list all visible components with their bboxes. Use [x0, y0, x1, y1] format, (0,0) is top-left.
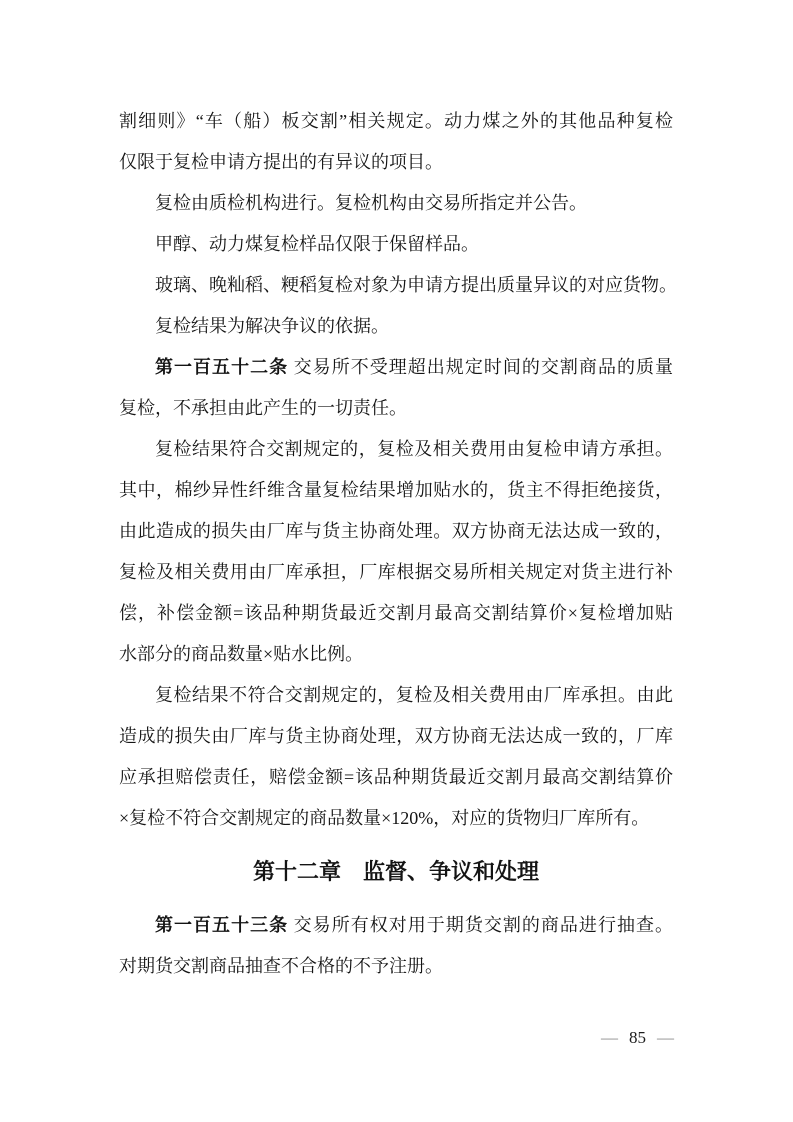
text-segment: 复检，不承担由此产生的一切责任。 — [119, 398, 407, 418]
text-segment: 仅限于复检申请方提出的有异议的项目。 — [119, 152, 443, 172]
text-line: 仅限于复检申请方提出的有异议的项目。 — [119, 142, 673, 183]
text-segment: 甲醇、动力煤复检样品仅限于保留样品。 — [155, 234, 479, 254]
text-line: 应承担赔偿责任，赔偿金额=该品种期货最近交割月最高交割结算价 — [119, 757, 673, 798]
text-segment: 造成的损失由厂库与货主协商处理，双方协商无法达成一致的，厂库 — [119, 726, 673, 746]
text-line: 复检结果不符合交割规定的，复检及相关费用由厂库承担。由此 — [119, 675, 673, 716]
text-segment: 玻璃、晚籼稻、粳稻复检对象为申请方提出质量异议的对应货物。 — [155, 275, 677, 295]
text-line: 其中，棉纱异性纤维含量复检结果增加贴水的，货主不得拒绝接货， — [119, 470, 673, 511]
text-segment: 复检及相关费用由厂库承担，厂库根据交易所相关规定对货主进行补 — [119, 562, 673, 582]
text-segment: 复检结果为解决争议的依据。 — [155, 316, 389, 336]
text-line: 甲醇、动力煤复检样品仅限于保留样品。 — [119, 224, 673, 265]
text-segment: 交易所有权对用于期货交割的商品进行抽查。 — [288, 915, 673, 935]
text-segment: 应承担赔偿责任，赔偿金额=该品种期货最近交割月最高交割结算价 — [119, 767, 673, 787]
page-number: 85 — [629, 1026, 646, 1050]
document-page: 割细则》“车（船）板交割”相关规定。动力煤之外的其他品种复检仅限于复检申请方提出… — [0, 0, 793, 1122]
text-line: 玻璃、晚籼稻、粳稻复检对象为申请方提出质量异议的对应货物。 — [119, 265, 673, 306]
text-segment: 复检结果不符合交割规定的，复检及相关费用由厂库承担。由此 — [155, 685, 673, 705]
text-line: ×复检不符合交割规定的商品数量×120%，对应的货物归厂库所有。 — [119, 798, 673, 839]
text-segment: 交易所不受理超出规定时间的交割商品的质量 — [288, 357, 673, 377]
text-segment: 对期货交割商品抽查不合格的不予注册。 — [119, 956, 443, 976]
footer-dash-left: — — [601, 1026, 618, 1050]
text-line: 复检结果为解决争议的依据。 — [119, 306, 673, 347]
text-line: 造成的损失由厂库与货主协商处理，双方协商无法达成一致的，厂库 — [119, 716, 673, 757]
text-line: 割细则》“车（船）板交割”相关规定。动力煤之外的其他品种复检 — [119, 101, 673, 142]
text-segment: 割细则》“车（船）板交割”相关规定。动力煤之外的其他品种复检 — [119, 111, 673, 131]
text-line: 复检，不承担由此产生的一切责任。 — [119, 388, 673, 429]
article-number: 第一百五十三条 — [155, 915, 288, 935]
text-segment: ×复检不符合交割规定的商品数量×120%，对应的货物归厂库所有。 — [119, 808, 649, 828]
chapter-heading: 第十二章 监督、争议和处理 — [119, 839, 673, 905]
article-number: 第一百五十二条 — [155, 357, 288, 377]
text-line: 由此造成的损失由厂库与货主协商处理。双方协商无法达成一致的， — [119, 511, 673, 552]
text-line: 复检结果符合交割规定的，复检及相关费用由复检申请方承担。 — [119, 429, 673, 470]
footer-dash-right: — — [657, 1026, 674, 1050]
text-line: 对期货交割商品抽查不合格的不予注册。 — [119, 946, 673, 987]
text-line: 复检及相关费用由厂库承担，厂库根据交易所相关规定对货主进行补 — [119, 552, 673, 593]
text-line: 第一百五十二条 交易所不受理超出规定时间的交割商品的质量 — [119, 347, 673, 388]
text-segment: 复检由质检机构进行。复检机构由交易所指定并公告。 — [155, 193, 587, 213]
text-segment: 由此造成的损失由厂库与货主协商处理。双方协商无法达成一致的， — [119, 521, 673, 541]
text-line: 复检由质检机构进行。复检机构由交易所指定并公告。 — [119, 183, 673, 224]
text-segment: 偿，补偿金额=该品种期货最近交割月最高交割结算价×复检增加贴 — [119, 603, 673, 623]
document-body: 割细则》“车（船）板交割”相关规定。动力煤之外的其他品种复检仅限于复检申请方提出… — [119, 101, 673, 987]
text-segment: 水部分的商品数量×贴水比例。 — [119, 644, 363, 664]
text-segment: 其中，棉纱异性纤维含量复检结果增加贴水的，货主不得拒绝接货， — [119, 480, 673, 500]
text-line: 第一百五十三条 交易所有权对用于期货交割的商品进行抽查。 — [119, 905, 673, 946]
page-footer: — 85 — — [0, 1026, 674, 1050]
text-segment: 复检结果符合交割规定的，复检及相关费用由复检申请方承担。 — [155, 439, 673, 459]
text-line: 偿，补偿金额=该品种期货最近交割月最高交割结算价×复检增加贴 — [119, 593, 673, 634]
text-line: 水部分的商品数量×贴水比例。 — [119, 634, 673, 675]
